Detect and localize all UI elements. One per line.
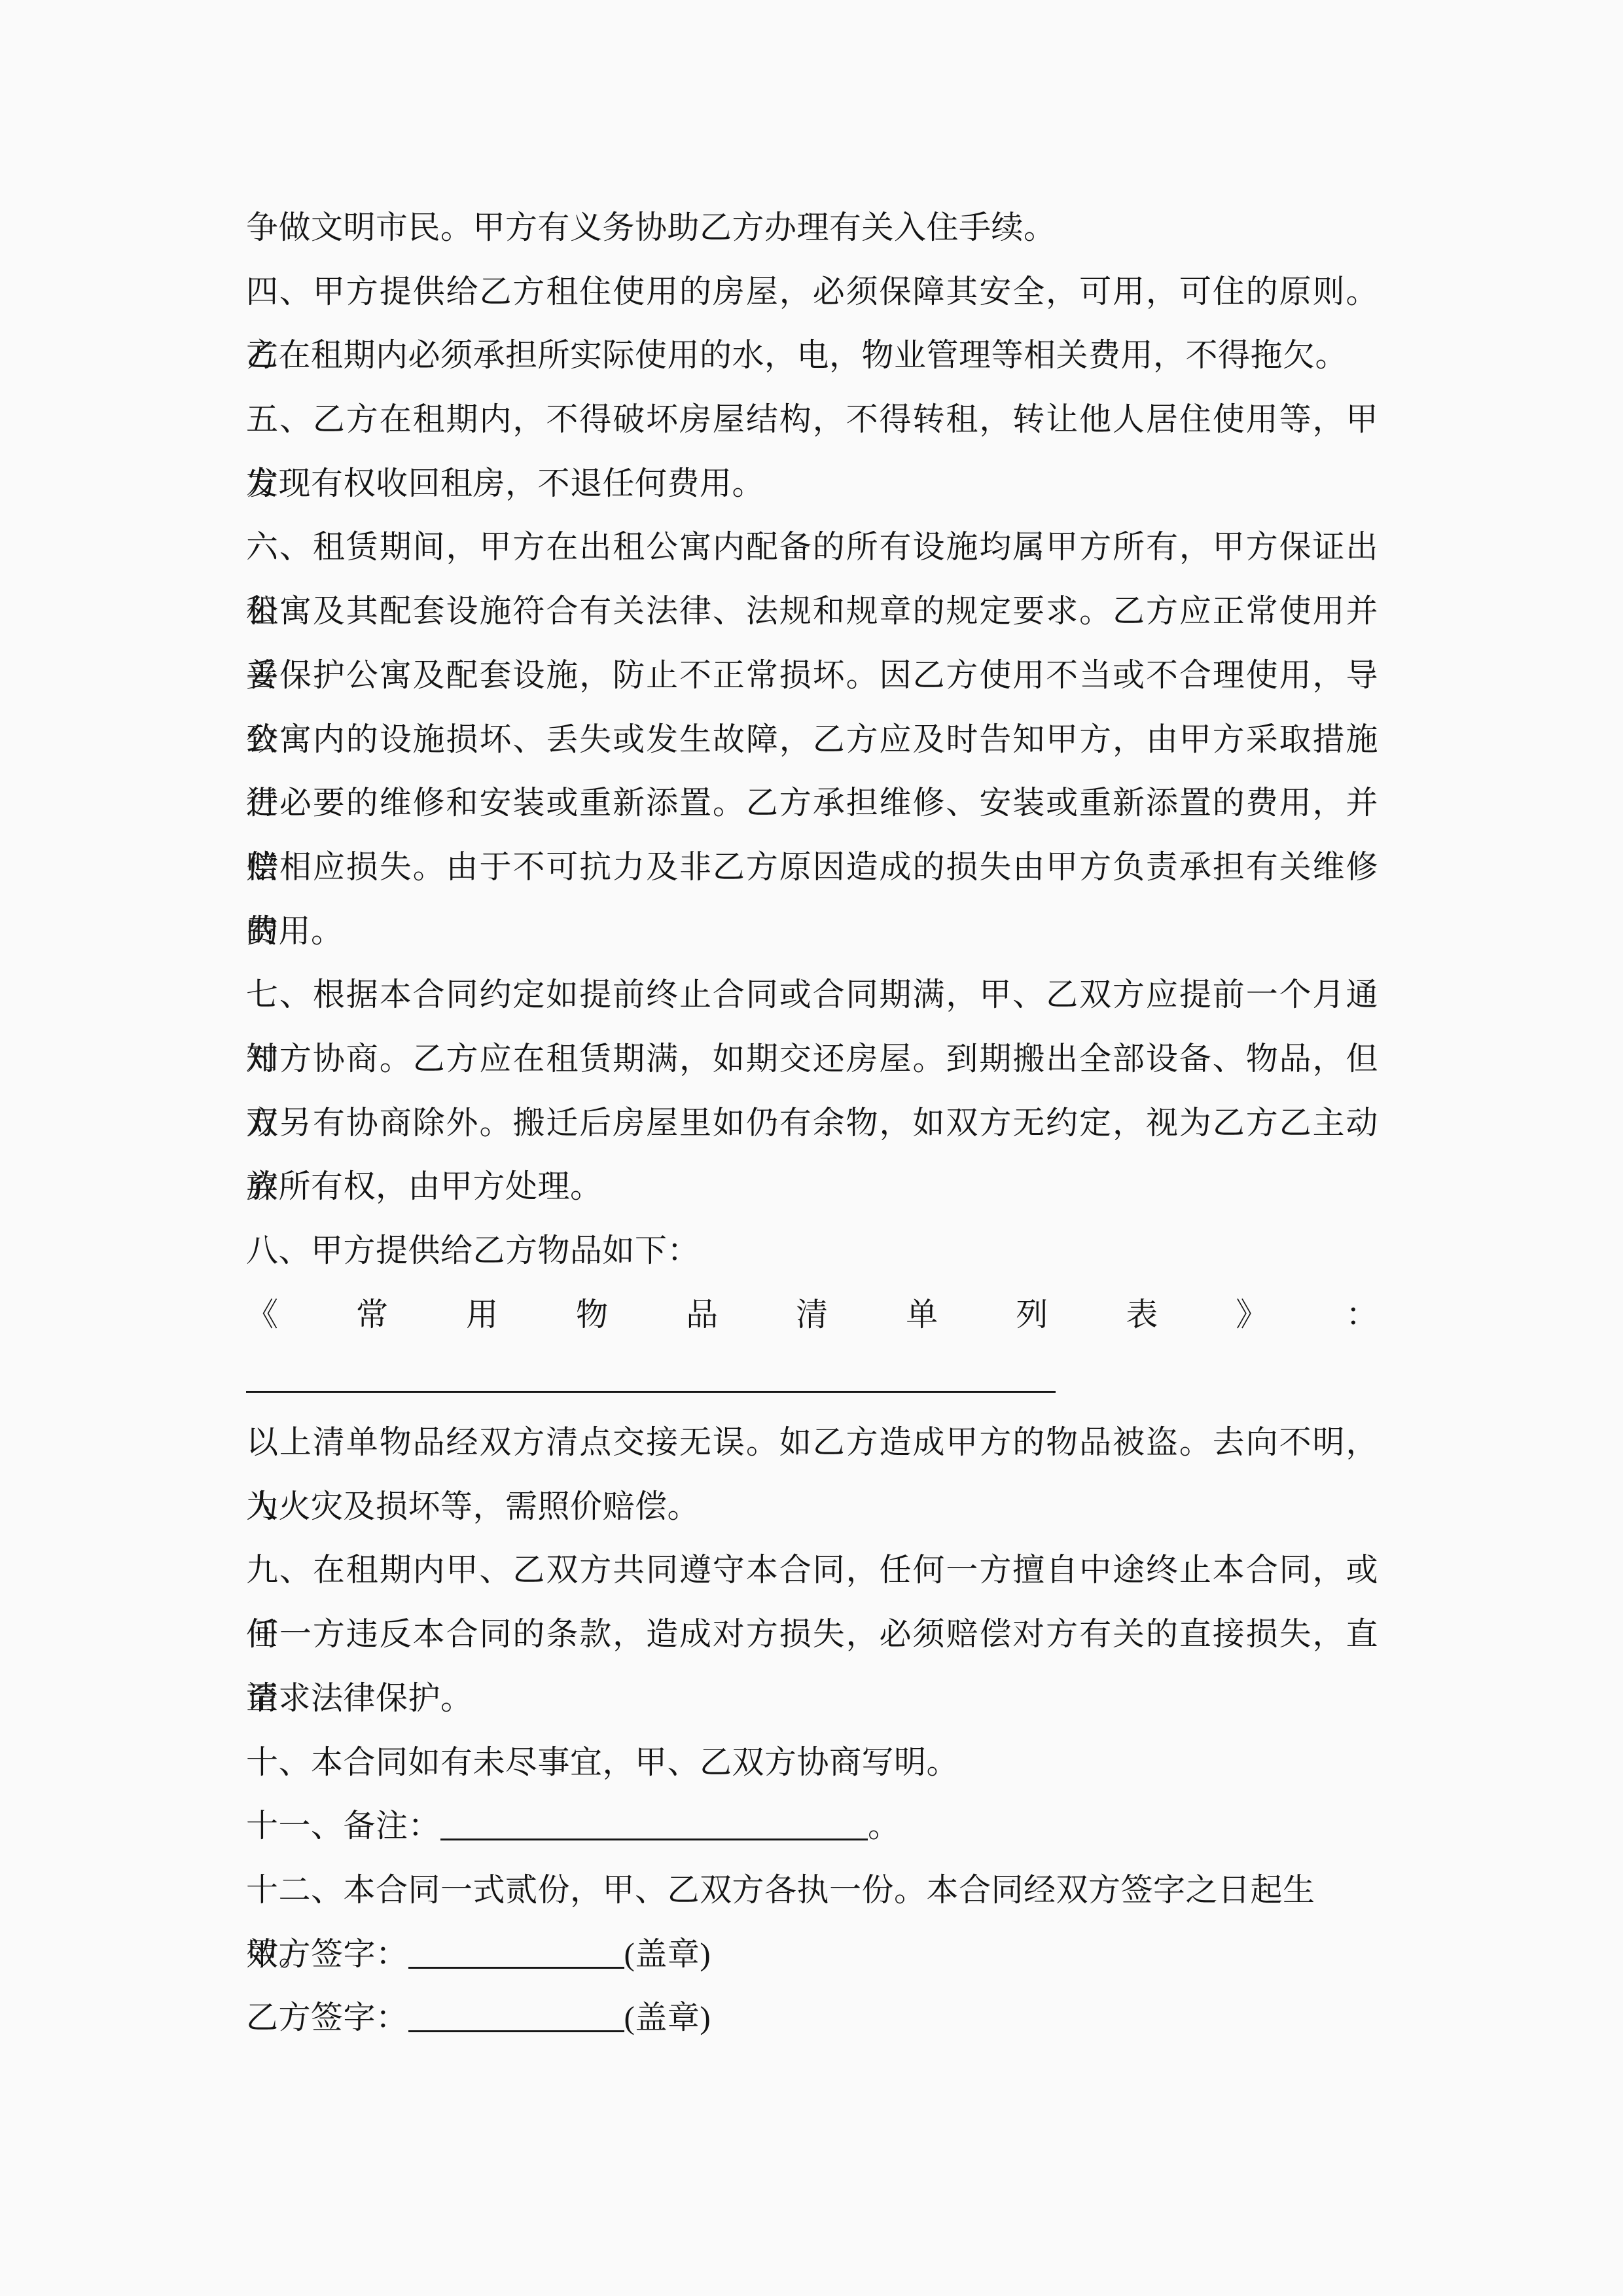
party-a-signature-line: 甲方签字：(盖章) (246, 1922, 1378, 1986)
party-a-signature-label: 甲方签字： (246, 1936, 408, 1972)
clause-line: 十二、本合同一式贰份，甲、乙双方各执一份。本合同经双方签字之日起生效。 (246, 1858, 1378, 1922)
clause-line: 方在租期内必须承担所实际使用的水，电，物业管理等相关费用，不得拖欠。 (246, 323, 1378, 387)
clause-line: 六、租赁期间，甲方在出租公寓内配备的所有设施均属甲方所有，甲方保证出租 (246, 515, 1378, 579)
clause-line: 发现有权收回租房，不退任何费用。 (246, 452, 1378, 516)
clause-line: 方另有协商除外。搬迁后房屋里如仍有余物，如双方无约定，视为乙方乙主动放 (246, 1091, 1378, 1155)
clause-line: 五、乙方在租期内，不得破坏房屋结构，不得转租，转让他人居住使用等，甲方 (246, 387, 1378, 452)
clause-line: 何一方违反本合同的条款，造成对方损失，必须赔偿对方有关的直接损失，直至 (246, 1602, 1378, 1666)
clause-line: 费用。 (246, 899, 1378, 963)
clause-line: 为火灾及损坏等，需照价赔偿。 (246, 1475, 1378, 1539)
items-list-title: 《 常 用 物 品 清 单 列 表 》 ： (246, 1283, 1378, 1347)
remark-period: 。 (868, 1808, 901, 1844)
clause-line: 公寓及其配套设施符合有关法律、法规和规章的规定要求。乙方应正常使用并妥 (246, 579, 1378, 643)
items-blank-line (246, 1346, 1378, 1410)
clause-line: 七、根据本合同约定如提前终止合同或合同期满，甲、乙双方应提前一个月通知 (246, 963, 1378, 1027)
party-b-signature-label: 乙方签字： (246, 2000, 408, 2036)
party-b-signature-blank (408, 2030, 624, 2032)
remark-line: 十一、备注：。 (246, 1794, 1378, 1858)
clause-line: 九、在租期内甲、乙双方共同遵守本合同，任何一方擅自中途终止本合同，或任 (246, 1538, 1378, 1602)
clause-line: 四、甲方提供给乙方租住使用的房屋，必须保障其安全，可用，可住的原则。乙 (246, 260, 1378, 324)
contract-page: 争做文明市民。甲方有义务协助乙方办理有关入住手续。 四、甲方提供给乙方租住使用的… (0, 0, 1623, 2296)
party-b-seal-label: (盖章) (624, 2000, 711, 2036)
contract-body: 争做文明市民。甲方有义务协助乙方办理有关入住手续。 四、甲方提供给乙方租住使用的… (246, 196, 1378, 2050)
party-a-seal-label: (盖章) (624, 1936, 711, 1972)
clause-line: 以上清单物品经双方清点交接无误。如乙方造成甲方的物品被盗。去向不明，人 (246, 1410, 1378, 1475)
clause-line: 弃所有权，由甲方处理。 (246, 1155, 1378, 1219)
blank-underline (246, 1391, 1056, 1393)
clause-line: 行必要的维修和安装或重新添置。乙方承担维修、安装或重新添置的费用，并赔 (246, 771, 1378, 835)
clause-line: 偿相应损失。由于不可抗力及非乙方原因造成的损失由甲方负责承担有关维修的 (246, 835, 1378, 899)
clause-line: 八、甲方提供给乙方物品如下： (246, 1219, 1378, 1283)
remark-blank-underline (440, 1839, 868, 1840)
clause-line: 争做文明市民。甲方有义务协助乙方办理有关入住手续。 (246, 196, 1378, 260)
party-b-signature-line: 乙方签字：(盖章) (246, 1986, 1378, 2050)
clause-line: 公寓内的设施损坏、丢失或发生故障，乙方应及时告知甲方，由甲方采取措施进 (246, 708, 1378, 772)
clause-line: 善保护公寓及配套设施，防止不正常损坏。因乙方使用不当或不合理使用，导致 (246, 643, 1378, 708)
clause-line: 请求法律保护。 (246, 1666, 1378, 1731)
clause-line: 十、本合同如有未尽事宜，甲、乙双方协商写明。 (246, 1731, 1378, 1795)
clause-line: 对方协商。乙方应在租赁期满，如期交还房屋。到期搬出全部设备、物品，但双 (246, 1027, 1378, 1091)
party-a-signature-blank (408, 1967, 624, 1969)
remark-label: 十一、备注： (246, 1808, 440, 1844)
